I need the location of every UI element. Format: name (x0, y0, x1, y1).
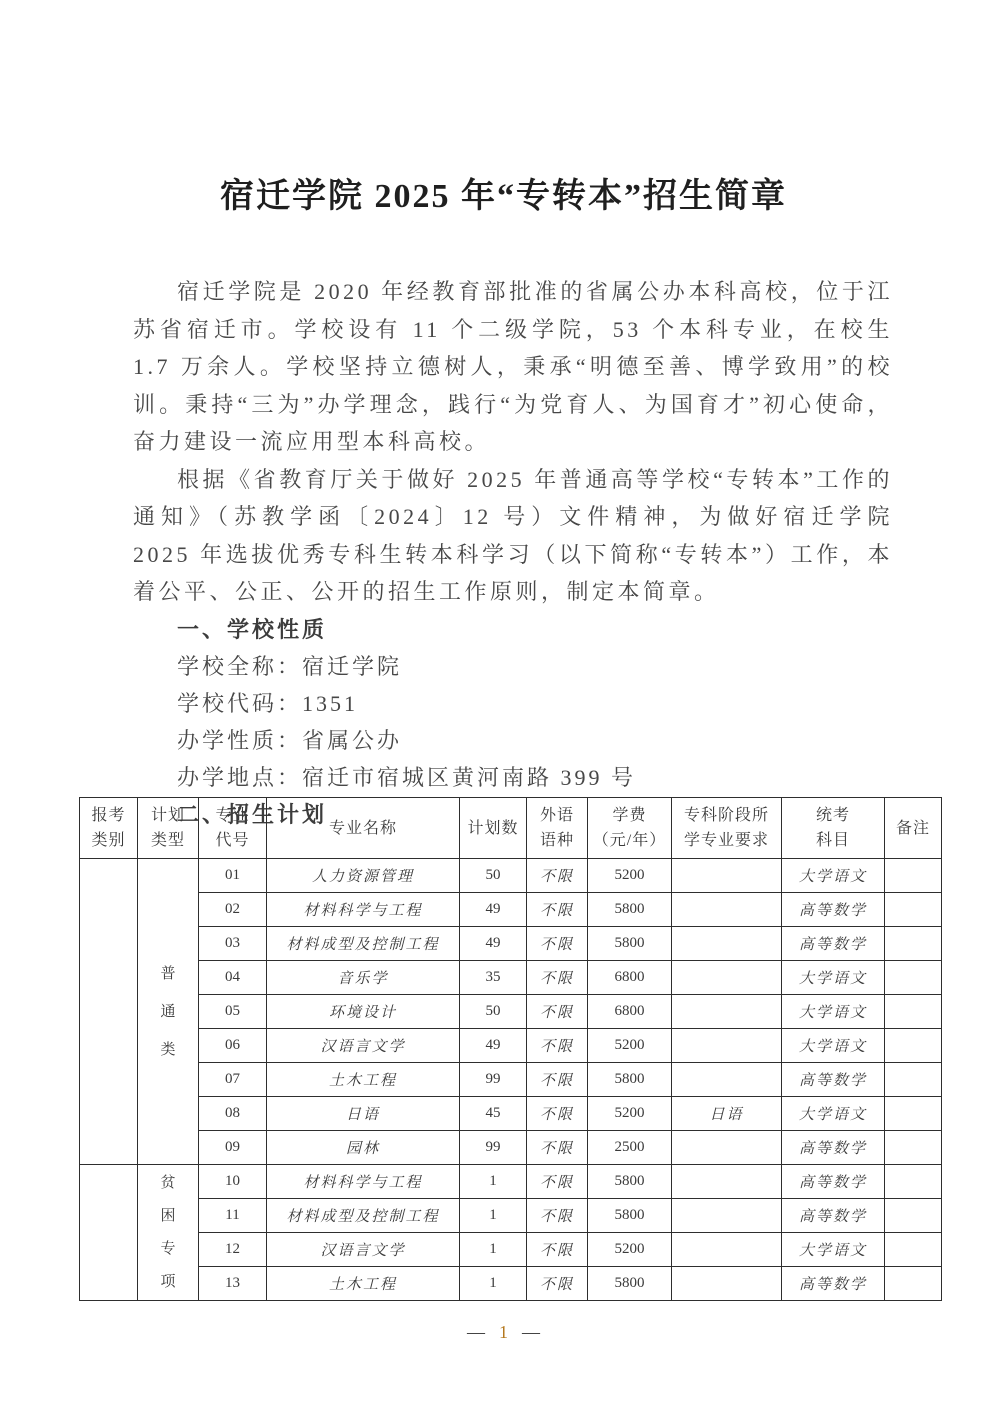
exam-subject-cell: 高等数学 (782, 927, 885, 961)
major-name-cell: 汉语言文学 (267, 1233, 460, 1267)
table-row: 06汉语言文学49不限5200大学语文 (80, 1029, 942, 1063)
note-cell (885, 859, 942, 893)
major-name-cell: 土木工程 (267, 1267, 460, 1301)
table-header-cell-0: 报考类别 (80, 798, 138, 859)
info-label-school-address: 办学地点： (177, 765, 302, 790)
table-row: 04音乐学35不限6800大学语文 (80, 961, 942, 995)
major-code-cell: 12 (199, 1233, 267, 1267)
table-header-cell-8: 统考科目 (782, 798, 885, 859)
exam-category-cell-group-1 (80, 1165, 138, 1301)
plan-count-cell: 99 (460, 1131, 527, 1165)
major-name-cell: 人力资源管理 (267, 859, 460, 893)
prereq-major-cell (672, 1233, 782, 1267)
info-label-school-name: 学校全称： (177, 654, 302, 679)
exam-subject-cell: 高等数学 (782, 893, 885, 927)
exam-subject-cell: 大学语文 (782, 961, 885, 995)
foreign-language-cell: 不限 (527, 1199, 588, 1233)
major-name-cell: 材料成型及控制工程 (267, 927, 460, 961)
table-header-cell-4: 计划数 (460, 798, 527, 859)
exam-subject-cell: 高等数学 (782, 1165, 885, 1199)
tuition-cell: 6800 (588, 995, 672, 1029)
table-row: 05环境设计50不限6800大学语文 (80, 995, 942, 1029)
info-line-school-code: 学校代码：1351 (133, 685, 893, 722)
prereq-major-cell (672, 893, 782, 927)
exam-category-cell-group-0 (80, 859, 138, 1165)
exam-subject-cell: 高等数学 (782, 1199, 885, 1233)
table-row: 02材料科学与工程49不限5800高等数学 (80, 893, 942, 927)
plan-count-cell: 50 (460, 859, 527, 893)
note-cell (885, 995, 942, 1029)
info-value-school-type: 省属公办 (302, 728, 402, 753)
table-row: 08日语45不限5200日语大学语文 (80, 1097, 942, 1131)
foreign-language-cell: 不限 (527, 927, 588, 961)
major-code-cell: 05 (199, 995, 267, 1029)
note-cell (885, 1097, 942, 1131)
major-name-cell: 环境设计 (267, 995, 460, 1029)
major-name-cell: 材料科学与工程 (267, 1165, 460, 1199)
foreign-language-cell: 不限 (527, 893, 588, 927)
exam-subject-cell: 大学语文 (782, 1233, 885, 1267)
table-header-cell-2: 专业代号 (199, 798, 267, 859)
prereq-major-cell (672, 1199, 782, 1233)
note-cell (885, 961, 942, 995)
tuition-cell: 5200 (588, 1029, 672, 1063)
info-label-school-code: 学校代码： (177, 691, 302, 716)
major-code-cell: 10 (199, 1165, 267, 1199)
major-code-cell: 04 (199, 961, 267, 995)
page-title: 宿迁学院 2025 年“专转本”招生简章 (0, 0, 1007, 217)
foreign-language-cell: 不限 (527, 1267, 588, 1301)
major-code-cell: 06 (199, 1029, 267, 1063)
plan-count-cell: 1 (460, 1199, 527, 1233)
prereq-major-cell (672, 995, 782, 1029)
major-code-cell: 09 (199, 1131, 267, 1165)
exam-subject-cell: 高等数学 (782, 1267, 885, 1301)
table-row: 贫困专项10材料科学与工程1不限5800高等数学 (80, 1165, 942, 1199)
tuition-cell: 5200 (588, 1233, 672, 1267)
major-name-cell: 音乐学 (267, 961, 460, 995)
footer-dash-right: — (522, 1322, 540, 1342)
info-value-school-code: 1351 (302, 691, 358, 716)
plan-count-cell: 35 (460, 961, 527, 995)
foreign-language-cell: 不限 (527, 1063, 588, 1097)
foreign-language-cell: 不限 (527, 1233, 588, 1267)
info-line-school-name: 学校全称：宿迁学院 (133, 648, 893, 685)
prereq-major-cell (672, 859, 782, 893)
info-line-school-type: 办学性质：省属公办 (133, 722, 893, 759)
exam-subject-cell: 大学语文 (782, 995, 885, 1029)
section-heading-school-nature: 一、学校性质 (133, 611, 893, 648)
major-code-cell: 01 (199, 859, 267, 893)
prereq-major-cell (672, 1131, 782, 1165)
table-row: 03材料成型及控制工程49不限5800高等数学 (80, 927, 942, 961)
major-name-cell: 汉语言文学 (267, 1029, 460, 1063)
table-header-cell-9: 备注 (885, 798, 942, 859)
prereq-major-cell (672, 1267, 782, 1301)
note-cell (885, 1029, 942, 1063)
intro-paragraph-2: 根据《省教育厅关于做好 2025 年普通高等学校“专转本”工作的通知》（苏教学函… (133, 461, 893, 611)
major-code-cell: 03 (199, 927, 267, 961)
tuition-cell: 5200 (588, 1097, 672, 1131)
prereq-major-cell (672, 1063, 782, 1097)
note-cell (885, 1165, 942, 1199)
page-number: 1 (499, 1322, 508, 1342)
prereq-major-cell: 日语 (672, 1097, 782, 1131)
note-cell (885, 1199, 942, 1233)
page-footer: —1— (0, 1322, 1007, 1343)
major-name-cell: 材料科学与工程 (267, 893, 460, 927)
note-cell (885, 1233, 942, 1267)
tuition-cell: 5800 (588, 1267, 672, 1301)
exam-subject-cell: 大学语文 (782, 859, 885, 893)
note-cell (885, 893, 942, 927)
note-cell (885, 1131, 942, 1165)
table-row: 12汉语言文学1不限5200大学语文 (80, 1233, 942, 1267)
footer-dash-left: — (467, 1322, 485, 1342)
plan-count-cell: 49 (460, 1029, 527, 1063)
tuition-cell: 5800 (588, 927, 672, 961)
tuition-cell: 6800 (588, 961, 672, 995)
exam-subject-cell: 大学语文 (782, 1029, 885, 1063)
exam-subject-cell: 高等数学 (782, 1131, 885, 1165)
note-cell (885, 1267, 942, 1301)
tuition-cell: 5800 (588, 1199, 672, 1233)
major-name-cell: 材料成型及控制工程 (267, 1199, 460, 1233)
table-row: 11材料成型及控制工程1不限5800高等数学 (80, 1199, 942, 1233)
tuition-cell: 5800 (588, 893, 672, 927)
foreign-language-cell: 不限 (527, 859, 588, 893)
plan-count-cell: 1 (460, 1233, 527, 1267)
table-header-cell-5: 外语语种 (527, 798, 588, 859)
foreign-language-cell: 不限 (527, 1131, 588, 1165)
intro-paragraph-1: 宿迁学院是 2020 年经教育部批准的省属公办本科高校，位于江苏省宿迁市。学校设… (133, 273, 893, 461)
info-value-school-name: 宿迁学院 (302, 654, 402, 679)
foreign-language-cell: 不限 (527, 995, 588, 1029)
major-code-cell: 07 (199, 1063, 267, 1097)
enrollment-plan-table-wrap: 报考类别计划类型专业代号专业名称计划数外语语种学费（元/年）专科阶段所学专业要求… (79, 797, 942, 1301)
prereq-major-cell (672, 1165, 782, 1199)
major-code-cell: 13 (199, 1267, 267, 1301)
tuition-cell: 2500 (588, 1131, 672, 1165)
table-header-cell-3: 专业名称 (267, 798, 460, 859)
plan-count-cell: 1 (460, 1267, 527, 1301)
enrollment-plan-table: 报考类别计划类型专业代号专业名称计划数外语语种学费（元/年）专科阶段所学专业要求… (79, 797, 942, 1301)
table-header-row: 报考类别计划类型专业代号专业名称计划数外语语种学费（元/年）专科阶段所学专业要求… (80, 798, 942, 859)
major-name-cell: 园林 (267, 1131, 460, 1165)
prereq-major-cell (672, 961, 782, 995)
table-row: 13土木工程1不限5800高等数学 (80, 1267, 942, 1301)
exam-subject-cell: 大学语文 (782, 1097, 885, 1131)
plan-type-cell-group-0: 普通类 (138, 859, 199, 1165)
plan-type-cell-group-1: 贫困专项 (138, 1165, 199, 1301)
note-cell (885, 927, 942, 961)
major-name-cell: 土木工程 (267, 1063, 460, 1097)
tuition-cell: 5800 (588, 1063, 672, 1097)
prereq-major-cell (672, 927, 782, 961)
plan-count-cell: 49 (460, 893, 527, 927)
plan-count-cell: 50 (460, 995, 527, 1029)
table-row: 09园林99不限2500高等数学 (80, 1131, 942, 1165)
table-row: 07土木工程99不限5800高等数学 (80, 1063, 942, 1097)
foreign-language-cell: 不限 (527, 1029, 588, 1063)
info-value-school-address: 宿迁市宿城区黄河南路 399 号 (302, 765, 636, 790)
prereq-major-cell (672, 1029, 782, 1063)
major-code-cell: 08 (199, 1097, 267, 1131)
info-label-school-type: 办学性质： (177, 728, 302, 753)
plan-count-cell: 49 (460, 927, 527, 961)
plan-count-cell: 99 (460, 1063, 527, 1097)
table-header-cell-7: 专科阶段所学专业要求 (672, 798, 782, 859)
major-code-cell: 02 (199, 893, 267, 927)
foreign-language-cell: 不限 (527, 1097, 588, 1131)
table-header-cell-1: 计划类型 (138, 798, 199, 859)
plan-count-cell: 45 (460, 1097, 527, 1131)
exam-subject-cell: 高等数学 (782, 1063, 885, 1097)
document-body: 宿迁学院是 2020 年经教育部批准的省属公办本科高校，位于江苏省宿迁市。学校设… (133, 273, 893, 833)
table-row: 普通类01人力资源管理50不限5200大学语文 (80, 859, 942, 893)
tuition-cell: 5800 (588, 1165, 672, 1199)
tuition-cell: 5200 (588, 859, 672, 893)
info-line-school-address: 办学地点：宿迁市宿城区黄河南路 399 号 (133, 759, 893, 796)
foreign-language-cell: 不限 (527, 1165, 588, 1199)
major-code-cell: 11 (199, 1199, 267, 1233)
note-cell (885, 1063, 942, 1097)
plan-count-cell: 1 (460, 1165, 527, 1199)
table-header-cell-6: 学费（元/年） (588, 798, 672, 859)
foreign-language-cell: 不限 (527, 961, 588, 995)
major-name-cell: 日语 (267, 1097, 460, 1131)
document-page: 宿迁学院 2025 年“专转本”招生简章 宿迁学院是 2020 年经教育部批准的… (0, 0, 1007, 1416)
